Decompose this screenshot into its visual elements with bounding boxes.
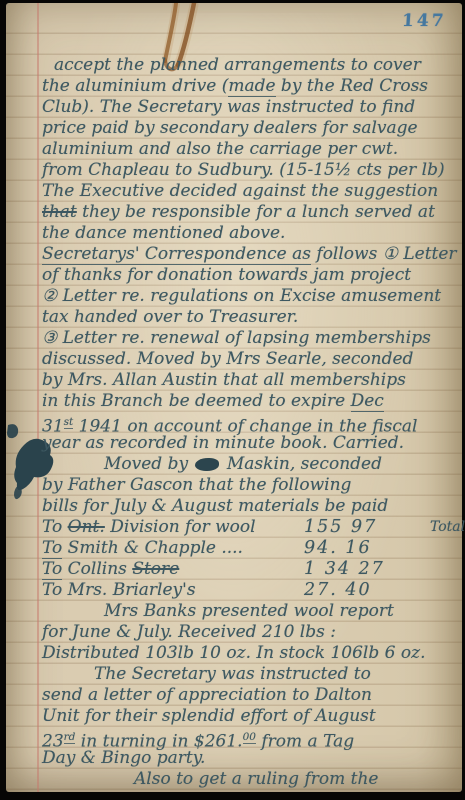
text-segment: Dec bbox=[351, 391, 384, 412]
text-line: accept the planned arrangements to cover bbox=[42, 55, 456, 76]
text-line: The Executive decided against the sugges… bbox=[42, 181, 456, 202]
text-segment: by the Red Cross bbox=[276, 76, 429, 96]
text-segment: To bbox=[42, 517, 68, 537]
text-segment: that bbox=[42, 202, 77, 222]
text-line: aluminium and also the carriage per cwt. bbox=[42, 139, 456, 160]
text-segment: Smith & Chapple .... bbox=[62, 538, 243, 558]
text-segment: price paid by secondary dealers for salv… bbox=[42, 118, 418, 138]
text-segment: by Father Gascon that the following bbox=[42, 475, 351, 495]
text-line: the dance mentioned above. bbox=[42, 223, 456, 244]
text-line: To Smith & Chapple ....94. 16 bbox=[42, 538, 456, 559]
text-line: Also to get a ruling from the bbox=[42, 769, 456, 790]
text-segment: Secretarys' Correspondence as bbox=[42, 244, 311, 265]
text-line: send a letter of appreciation to Dalton bbox=[42, 685, 456, 706]
text-segment: Distributed 103lb 10 oz. In stock 106lb … bbox=[42, 643, 425, 663]
text-line: that they be responsible for a lunch ser… bbox=[42, 202, 456, 223]
text-line: To Collins Store1 34 27 bbox=[42, 559, 456, 580]
text-segment: To bbox=[42, 559, 62, 580]
text-segment: accept the planned arrangements to cover bbox=[54, 55, 421, 75]
text-line: The Secretary was instructed to bbox=[42, 664, 456, 685]
amount: 94. 16 bbox=[304, 538, 372, 559]
text-segment: ② Letter re. regulations on Excise amuse… bbox=[42, 286, 441, 306]
text-segment: from Chapleau to Sudbury. (15-15½ cts pe… bbox=[42, 160, 445, 180]
text-line: price paid by secondary dealers for salv… bbox=[42, 118, 456, 139]
text-line: bills for July & August materials be pai… bbox=[42, 496, 456, 517]
text-line: Mrs Banks presented wool report bbox=[42, 601, 456, 622]
text-segment: in this Branch be deemed to expire bbox=[42, 391, 351, 411]
amount-total-label: Total bbox=[430, 517, 465, 538]
text-line: of thanks for donation towards jam proje… bbox=[42, 265, 456, 286]
ink-smudge bbox=[195, 458, 219, 471]
text-line: year as recorded in minute book. Carried… bbox=[42, 433, 456, 454]
text-segment: Collins bbox=[62, 559, 132, 579]
text-line: To Ont. Division for wool155 97Total bbox=[42, 517, 456, 538]
text-line: ③ Letter re. renewal of lapsing membersh… bbox=[42, 328, 456, 349]
text-segment: aluminium and also the carriage per cwt. bbox=[42, 139, 398, 159]
text-segment: by Mrs. Allan Austin that all membership… bbox=[42, 370, 406, 390]
text-line: in this Branch be deemed to expire Dec bbox=[42, 391, 456, 412]
text-segment: send a letter of appreciation to Dalton bbox=[42, 685, 372, 705]
text-line: for June & July. Received 210 lbs : bbox=[42, 622, 456, 643]
text-segment: Store bbox=[132, 559, 179, 579]
text-segment: To Mrs. Briarley's bbox=[42, 580, 196, 600]
text-segment: 00 bbox=[243, 731, 256, 744]
text-segment: Division for wool bbox=[105, 517, 256, 537]
text-line: 31st 1941 on account of change in the fi… bbox=[42, 412, 456, 433]
text-segment: bills for July & August materials be pai… bbox=[42, 496, 388, 516]
ledger-paper: 147 accept the planned arrangements to c… bbox=[6, 3, 462, 792]
text-line: ② Letter re. regulations on Excise amuse… bbox=[42, 286, 456, 307]
text-segment: Day & Bingo party. bbox=[42, 748, 205, 768]
text-segment: year as recorded in minute book. Carried… bbox=[42, 433, 404, 453]
text-line: Day & Bingo party. bbox=[42, 748, 456, 769]
text-segment: ③ Letter re. renewal of lapsing membersh… bbox=[42, 328, 431, 348]
scanned-minute-book-page: 147 accept the planned arrangements to c… bbox=[0, 0, 465, 800]
text-segment: st bbox=[64, 416, 74, 429]
text-segment: Unit for their splendid effort of August bbox=[42, 706, 376, 726]
text-segment: rd bbox=[64, 731, 76, 744]
text-segment: Maskin, seconded bbox=[221, 454, 381, 474]
handwriting: accept the planned arrangements to cover… bbox=[6, 3, 462, 792]
text-segment: Also to get a ruling from the bbox=[134, 769, 378, 789]
text-segment: Moved by bbox=[104, 454, 193, 474]
text-segment: Ont. bbox=[68, 517, 105, 537]
amount: 27. 40 bbox=[304, 580, 372, 601]
text-line: Secretarys' Correspondence as follows ① … bbox=[42, 244, 456, 265]
text-segment: To bbox=[42, 538, 62, 559]
text-segment: made bbox=[228, 76, 275, 97]
text-segment: the aluminium drive ( bbox=[42, 76, 228, 96]
text-line: by Mrs. Allan Austin that all membership… bbox=[42, 370, 456, 391]
text-line: To Mrs. Briarley's27. 40 bbox=[42, 580, 456, 601]
text-line: Moved by Maskin, seconded bbox=[42, 454, 456, 475]
text-segment: discussed. Moved by Mrs Searle, seconded bbox=[42, 349, 413, 369]
text-segment: of thanks for donation towards jam proje… bbox=[42, 265, 411, 285]
text-segment: Club). The Secretary was instructed to f… bbox=[42, 97, 415, 117]
text-line: from Chapleau to Sudbury. (15-15½ cts pe… bbox=[42, 160, 456, 181]
text-line: Club). The Secretary was instructed to f… bbox=[42, 97, 456, 118]
text-segment: Mrs Banks presented wool report bbox=[104, 601, 394, 621]
text-line: the aluminium drive (made by the Red Cro… bbox=[42, 76, 456, 97]
text-line: tax handed over to Treasurer. bbox=[42, 307, 456, 328]
text-line: discussed. Moved by Mrs Searle, seconded bbox=[42, 349, 456, 370]
text-segment: The Secretary was instructed to bbox=[94, 664, 371, 684]
text-segment: the dance mentioned above. bbox=[42, 223, 285, 243]
text-line: Unit for their splendid effort of August bbox=[42, 706, 456, 727]
text-line: Distributed 103lb 10 oz. In stock 106lb … bbox=[42, 643, 456, 664]
text-line: 23rd in turning in $261.00 from a Tag bbox=[42, 727, 456, 748]
text-line: by Father Gascon that the following bbox=[42, 475, 456, 496]
text-segment: for June & July. Received 210 lbs : bbox=[42, 622, 336, 642]
text-segment: tax handed over to Treasurer. bbox=[42, 307, 298, 327]
text-segment: follows ① Letter bbox=[311, 244, 457, 264]
amount: 155 97 bbox=[304, 517, 377, 538]
text-segment: they be responsible for a lunch served a… bbox=[77, 202, 435, 222]
amount: 1 34 27 bbox=[304, 559, 385, 580]
text-segment: The Executive decided against the sugges… bbox=[42, 181, 438, 201]
